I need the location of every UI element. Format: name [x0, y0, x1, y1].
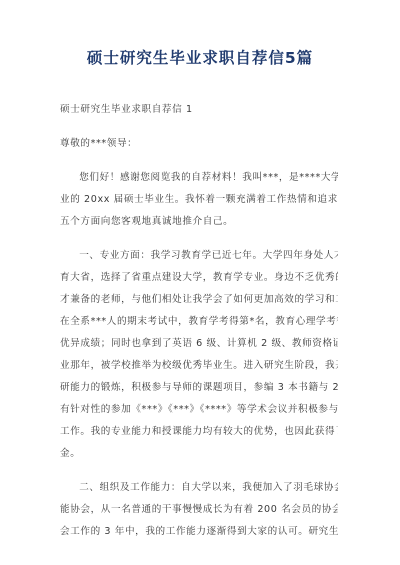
paragraph-line: 育大省，选择了省重点建设大学，教育学专业。身边不乏优秀的同学和德	[60, 267, 338, 289]
paragraph-line: 能协会，从一名普通的干事慢慢成长为有着 200 名会员的协会骨干。在协	[60, 499, 338, 521]
paragraph-line: 在全系***人的期末考试中，教育学考得第*名，教育心理学考得第*名的	[60, 311, 338, 333]
paragraph-line: 五个方面向您客观地真诚地推介自己。	[60, 211, 338, 233]
paragraph-line: 有针对性的参加《***》《***》《****》等学术会议并积极参与实践研究	[60, 399, 338, 421]
paragraph-organization: 二、组织及工作能力：自大学以来，我便加入了羽毛球协会和教师技 能协会，从一名普通…	[60, 477, 338, 543]
paragraph-line: 优异成绩；同时也拿到了英语 6 级、计算机 2 级、教师资格证等证书。毕	[60, 333, 338, 355]
paragraph-line: 工作。我的专业能力和授课能力均有较大的优势，也因此获得了两次奖学	[60, 421, 338, 443]
paragraph-line: 您们好！感谢您阅览我的自荐材料！我叫***，是****大学教育学专	[60, 167, 338, 189]
paragraph-line: 金。	[60, 443, 338, 465]
document-page: 硕士研究生毕业求职自荐信5篇 硕士研究生毕业求职自荐信 1 尊敬的***领导： …	[0, 0, 400, 565]
paragraph-line: 业的 20xx 届硕士毕业生。我怀着一颗充满着工作热情和追求的心情，从	[60, 189, 338, 211]
paragraph-intro: 您们好！感谢您阅览我的自荐材料！我叫***，是****大学教育学专 业的 20x…	[60, 167, 338, 233]
paragraph-professional: 一、专业方面：我学习教育学已近七年。大学四年身处人才济济的教 育大省，选择了省重…	[60, 245, 338, 465]
paragraph-line: 会工作的 3 年中，我的工作能力逐渐得到大家的认可。研究生阶段，我积	[60, 521, 338, 543]
paragraph-line: 才兼备的老师，与他们相处让我学会了如何更加高效的学习和工作。我曾	[60, 289, 338, 311]
paragraph-line: 一、专业方面：我学习教育学已近七年。大学四年身处人才济济的教	[60, 245, 338, 267]
section-heading: 硕士研究生毕业求职自荐信 1	[60, 99, 338, 121]
document-title: 硕士研究生毕业求职自荐信5篇	[0, 46, 400, 68]
greeting: 尊敬的***领导：	[60, 133, 338, 155]
paragraph-line: 业那年，被学校推举为校级优秀毕业生。进入研究生阶段，我开始重视科	[60, 355, 338, 377]
document-body: 硕士研究生毕业求职自荐信 1 尊敬的***领导： 您们好！感谢您阅览我的自荐材料…	[60, 99, 338, 543]
paragraph-line: 研能力的锻炼，积极参与导师的课题项目，参编 3 本书籍与 2 门课程教案，	[60, 377, 338, 399]
paragraph-line: 二、组织及工作能力：自大学以来，我便加入了羽毛球协会和教师技	[60, 477, 338, 499]
